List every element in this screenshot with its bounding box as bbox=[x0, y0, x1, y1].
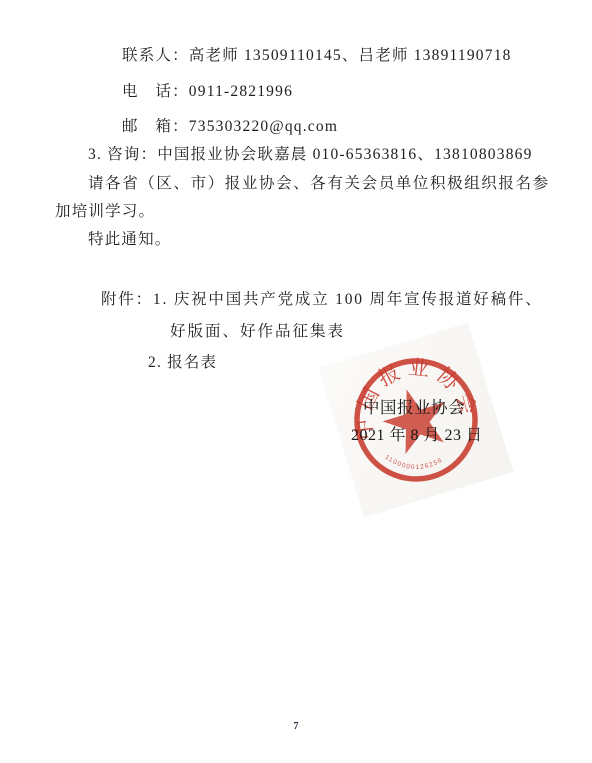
phone-line: 电 话：0911-2821996 bbox=[122, 84, 293, 100]
attachment-line-2: 好版面、好作品征集表 bbox=[170, 324, 345, 340]
signature-organization: 中国报业协会 bbox=[363, 400, 465, 417]
appeal-line-2: 加培训学习。 bbox=[55, 204, 155, 220]
contact-person-line: 联系人：高老师 13509110145、吕老师 13891190718 bbox=[122, 48, 512, 64]
signature-date: 2021 年 8 月 23 日 bbox=[351, 428, 483, 444]
consult-line: 3. 咨询：中国报业协会耿嘉晨 010-65363816、13810803869 bbox=[88, 147, 533, 163]
document-page: 联系人：高老师 13509110145、吕老师 13891190718 电 话：… bbox=[0, 0, 592, 763]
official-seal-stamp: 中国报业协会 1100000126256 bbox=[319, 323, 514, 518]
seal-graphic: 中国报业协会 1100000126256 bbox=[319, 323, 514, 518]
notice-line: 特此通知。 bbox=[88, 232, 172, 248]
page-number: 7 bbox=[0, 721, 592, 732]
appeal-line-1: 请各省（区、市）报业协会、各有关会员单位积极组织报名参 bbox=[88, 176, 550, 192]
attachment-line-3: 2. 报名表 bbox=[148, 355, 217, 371]
attachment-line-1: 附件：1. 庆祝中国共产党成立 100 周年宣传报道好稿件、 bbox=[101, 292, 543, 308]
email-line: 邮 箱：735303220@qq.com bbox=[122, 119, 338, 135]
seal-star-icon bbox=[376, 380, 456, 458]
